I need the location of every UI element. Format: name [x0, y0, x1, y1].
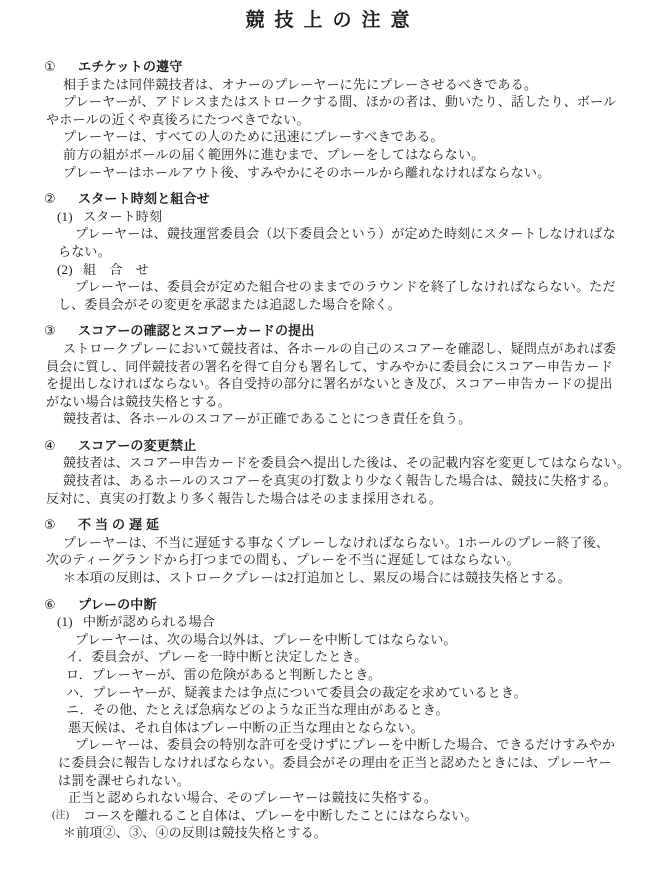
section-number: ③ [44, 322, 78, 340]
line-text: ストロークプレーにおいて競技者は、各ホールの自己のスコアーを確認し、疑問点があれ… [63, 340, 616, 358]
line-text: 競技者は、あるホールのスコアーを真実の打数より少なく報告した場合は、競技に失格す… [63, 472, 617, 490]
line-text: 不 当 の 遅 延 [78, 516, 159, 534]
line-text: プレーの中断 [78, 596, 157, 614]
section-number: ④ [44, 437, 78, 455]
paragraph-line: 前方の組がボールの届く範囲外に進むまで、プレーをしてはならない。 [0, 146, 655, 164]
paragraph-line: プレーヤーは、委員会の特別な許可を受けずにプレーを中断した場合、できるだけすみや… [0, 736, 655, 754]
line-text: ハ．プレーヤーが、疑義または争点について委員会の裁定を求めているとき。 [66, 684, 527, 702]
line-text: 相手または同伴競技者は、オナーのプレーヤーに先にプレーさせるべきである。 [63, 76, 537, 94]
line-text: コースを離れること自体は、プレーを中断したことにはならない。 [83, 807, 478, 825]
line-text: プレーヤーはホールアウト後、すみやかにそのホールから離れなければならない。 [63, 164, 550, 182]
paragraph-line: は罰を課せられない。 [0, 772, 655, 790]
line-text: 組 合 せ [83, 261, 149, 279]
paragraph-line: 競技者は、各ホールのスコアーが正確であることにつき責任を負う。 [0, 410, 655, 428]
line-text: 前方の組がボールの届く範囲外に進むまで、プレーをしてはならない。 [63, 146, 484, 164]
item-number: (2) [57, 261, 83, 279]
line-text: は罰を課せられない。 [58, 772, 190, 790]
line-text: 反対に、真実の打数より多く報告した場合はそのまま採用される。 [46, 490, 442, 508]
paragraph-line: 員会に質し、同伴競技者の署名を得て自分も署名して、すみやかに委員会にスコアー申告… [0, 358, 655, 376]
paragraph-line: プレーヤーが、アドレスまたはストロークする間、ほかの者は、動いたり、話したり、ボ… [0, 93, 655, 111]
paragraph-line: 競技者は、あるホールのスコアーを真実の打数より少なく報告した場合は、競技に失格す… [0, 472, 655, 490]
line-text: 中断が認められる場合 [83, 613, 215, 631]
line-text: プレーヤーは、次の場合以外は、プレーを中断してはならない。 [75, 631, 457, 649]
list-item: ニ．その他、たとえば急病などのような正当な理由があるとき。 [0, 701, 655, 719]
line-text: スタート時刻と組合せ [78, 190, 210, 208]
paragraph-line: を提出しなければならない。各自受持の部分に署名がないとき及び、スコアー申告カード… [0, 375, 655, 393]
line-text: 員会に質し、同伴競技者の署名を得て自分も署名して、すみやかに委員会にスコアー申告… [46, 358, 613, 376]
list-item: ハ．プレーヤーが、疑義または争点について委員会の裁定を求めているとき。 [0, 684, 655, 702]
section-heading: ⑥プレーの中断 [0, 596, 655, 614]
line-text: プレーヤーは、競技運営委員会（以下委員会という）が定めた時刻にスタートしなければ… [75, 225, 616, 243]
line-text: らない。 [58, 243, 111, 261]
line-text: ＊前項②、③、④の反則は競技失格とする。 [63, 824, 327, 842]
line-text: を提出しなければならない。各自受持の部分に署名がないとき及び、スコアー申告カード… [46, 375, 613, 393]
item-number: (1) [57, 208, 83, 226]
line-text: ＊本項の反則は、ストロークプレーは2打追加とし、累反の場合には競技失格とする。 [63, 569, 571, 587]
line-text: ロ．プレーヤーが、雷の危険があると判断したとき。 [66, 666, 381, 684]
section-number: ② [44, 190, 78, 208]
line-text: 競技者は、各ホールのスコアーが正確であることにつき責任を負う。 [63, 410, 471, 428]
paragraph-line: し、委員会がその変更を承認または追認した場合を除く。 [0, 296, 655, 314]
paragraph-line: 反対に、真実の打数より多く報告した場合はそのまま採用される。 [0, 490, 655, 508]
paragraph-line: 悪天候は、それ自体はプレー中断の正当な理由とならない。 [0, 719, 655, 737]
line-text: スコアーの変更禁止 [78, 437, 196, 455]
section-number: ① [44, 58, 78, 76]
note-marker: (注) [52, 807, 83, 825]
paragraph-line: 相手または同伴競技者は、オナーのプレーヤーに先にプレーさせるべきである。 [0, 76, 655, 94]
paragraph-line: プレーヤーはホールアウト後、すみやかにそのホールから離れなければならない。 [0, 164, 655, 182]
paragraph-line: プレーヤーは、次の場合以外は、プレーを中断してはならない。 [0, 631, 655, 649]
list-item: ロ．プレーヤーが、雷の危険があると判断したとき。 [0, 666, 655, 684]
subsection-heading: (1)スタート時刻 [0, 208, 655, 226]
section-heading: ②スタート時刻と組合せ [0, 190, 655, 208]
paragraph-line: 競技者は、スコアー申告カードを委員会へ提出した後は、その記載内容を変更してはなら… [0, 454, 655, 472]
paragraph-line: がない場合は競技失格とする。 [0, 393, 655, 411]
line-text: し、委員会がその変更を承認または追認した場合を除く。 [58, 296, 401, 314]
line-text: 次のティーグランドから打つまでの間も、プレーを不当に遅延してはならない。 [46, 551, 520, 569]
paragraph-line: プレーヤーは、不当に遅延する事なくプレーしなければならない。1ホールのプレー終了… [0, 534, 655, 552]
paragraph-line: 正当と認められない場合、そのプレーヤーは競技に失格する。 [0, 789, 655, 807]
subsection-heading: (1)中断が認められる場合 [0, 613, 655, 631]
item-number: (1) [57, 613, 83, 631]
line-text: 競技者は、スコアー申告カードを委員会へ提出した後は、その記載内容を変更してはなら… [63, 454, 630, 472]
line-text: スタート時刻 [83, 208, 162, 226]
document-page: 競技上の注意 ①エチケットの遵守相手または同伴競技者は、オナーのプレーヤーに先に… [0, 0, 655, 889]
paragraph-line: プレーヤーは、すべての人のために迅速にプレーすべきである。 [0, 128, 655, 146]
line-text: ニ．その他、たとえば急病などのような正当な理由があるとき。 [66, 701, 449, 719]
paragraph-line: に委員会に報告しなければならない。委員会がその理由を正当と認めたときには、プレー… [0, 754, 655, 772]
line-text: プレーヤーは、不当に遅延する事なくプレーしなければならない。1ホールのプレー終了… [63, 534, 609, 552]
line-text: がない場合は競技失格とする。 [46, 393, 231, 411]
line-text: プレーヤーは、委員会が定めた組合せのままでのラウンドを終了しなければならない。た… [75, 278, 616, 296]
line-text: プレーヤーは、委員会の特別な許可を受けずにプレーを中断した場合、できるだけすみや… [75, 736, 615, 754]
line-text: やホールの近くや真後ろにたつべきでない。 [46, 111, 310, 129]
section-heading: ③スコアーの確認とスコアーカードの提出 [0, 322, 655, 340]
section-heading: ①エチケットの遵守 [0, 58, 655, 76]
paragraph-line: プレーヤーは、委員会が定めた組合せのままでのラウンドを終了しなければならない。た… [0, 278, 655, 296]
paragraph-line: 次のティーグランドから打つまでの間も、プレーを不当に遅延してはならない。 [0, 551, 655, 569]
page-title: 競技上の注意 [0, 9, 655, 33]
subsection-heading: (2)組 合 せ [0, 261, 655, 279]
paragraph-line: プレーヤーは、競技運営委員会（以下委員会という）が定めた時刻にスタートしなければ… [0, 225, 655, 243]
line-text: 悪天候は、それ自体はプレー中断の正当な理由とならない。 [68, 719, 424, 737]
line-text: プレーヤーは、すべての人のために迅速にプレーすべきである。 [63, 128, 444, 146]
line-text: スコアーの確認とスコアーカードの提出 [78, 322, 315, 340]
section-number: ⑥ [44, 596, 78, 614]
section-heading: ④スコアーの変更禁止 [0, 437, 655, 455]
line-text: 正当と認められない場合、そのプレーヤーは競技に失格する。 [68, 789, 437, 807]
line-text: イ．委員会が、プレーを一時中断と決定したとき。 [66, 648, 367, 666]
section-heading: ⑤不 当 の 遅 延 [0, 516, 655, 534]
penalty-note-line: ＊前項②、③、④の反則は競技失格とする。 [0, 824, 655, 842]
paragraph-line: やホールの近くや真後ろにたつべきでない。 [0, 111, 655, 129]
document-body: ①エチケットの遵守相手または同伴競技者は、オナーのプレーヤーに先にプレーさせるべ… [0, 58, 655, 842]
paragraph-line: ストロークプレーにおいて競技者は、各ホールの自己のスコアーを確認し、疑問点があれ… [0, 340, 655, 358]
note-line: (注)コースを離れること自体は、プレーを中断したことにはならない。 [0, 807, 655, 825]
line-text: エチケットの遵守 [78, 58, 182, 76]
line-text: プレーヤーが、アドレスまたはストロークする間、ほかの者は、動いたり、話したり、ボ… [63, 93, 616, 111]
section-number: ⑤ [44, 516, 78, 534]
penalty-note-line: ＊本項の反則は、ストロークプレーは2打追加とし、累反の場合には競技失格とする。 [0, 569, 655, 587]
paragraph-line: らない。 [0, 243, 655, 261]
list-item: イ．委員会が、プレーを一時中断と決定したとき。 [0, 648, 655, 666]
line-text: に委員会に報告しなければならない。委員会がその理由を正当と認めたときには、プレー… [58, 754, 612, 772]
